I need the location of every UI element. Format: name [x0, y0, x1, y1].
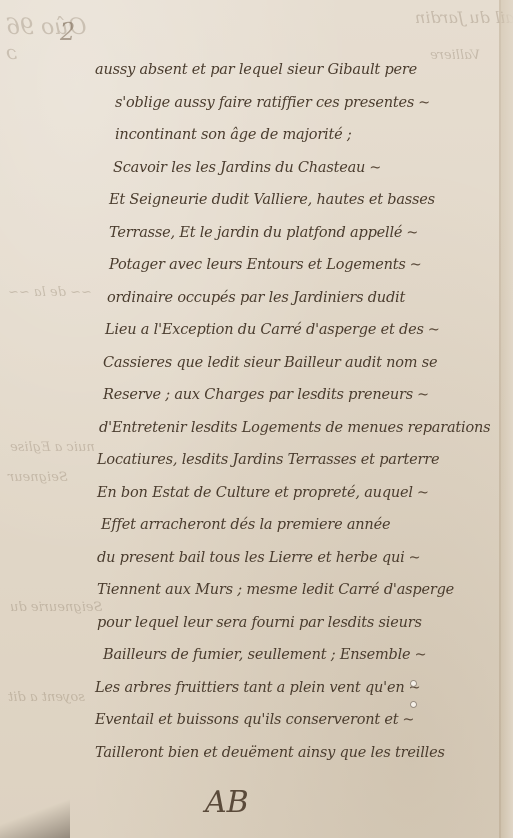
text-line: Tiennent aux Murs ; mesme ledit Carré d'…: [95, 574, 505, 607]
text-line: Effet arracheront dés la premiere année: [95, 509, 505, 542]
text-line: pour lequel leur sera fourni par lesdits…: [95, 607, 505, 640]
text-line: aussy absent et par lequel sieur Gibault…: [95, 54, 505, 87]
text-line: Et Seigneurie dudit Valliere, hautes et …: [95, 184, 505, 217]
signature-monogram: AB: [205, 785, 249, 820]
bleed-through-text: ~~ de la ~~: [8, 285, 92, 300]
manuscript-page: Oûo 96 ɔ Bail du Jardin Valliere ~~ de l…: [0, 0, 513, 838]
pin-holes: [410, 680, 418, 710]
paper-edge: [501, 0, 513, 838]
bleed-through-text: soyent a dit: [8, 690, 85, 705]
text-line: Potager avec leurs Entours et Logements~: [95, 249, 505, 282]
text-line: d'Entretenir lesdits Logements de menues…: [95, 412, 505, 445]
bleed-through-text: nuic a Eglise: [10, 440, 95, 455]
text-line: En bon Estat de Culture et propreté, auq…: [95, 477, 505, 510]
text-line: Eventail et buissons qu'ils conserveront…: [95, 704, 505, 737]
text-line: Scavoir les les Jardins du Chasteau~: [95, 152, 505, 185]
text-line: du present bail tous les Lierre et herbe…: [95, 542, 505, 575]
text-line: Locatiures, lesdits Jardins Terrasses et…: [95, 444, 505, 477]
text-line: incontinant son âge de majorité ;: [95, 119, 505, 152]
bleed-through-text: Seigneurie du: [10, 600, 102, 615]
bleed-through-text: Seigneur: [8, 470, 68, 485]
pin-hole-mark: [410, 701, 417, 708]
text-line: s'oblige aussy faire ratiffier ces prese…: [95, 87, 505, 120]
paper-corner-shadow: [0, 798, 70, 838]
text-line: Tailleront bien et deuëment ainsy que le…: [95, 737, 505, 770]
text-line: ordinaire occupés par les Jardiniers dud…: [95, 282, 505, 315]
text-line: Cassieres que ledit sieur Bailleur audit…: [95, 347, 505, 380]
text-line: Lieu a l'Exception du Carré d'asperge et…: [95, 314, 505, 347]
manuscript-text: aussy absent et par lequel sieur Gibault…: [95, 54, 505, 769]
bleed-through-text: ɔ: [6, 40, 17, 64]
text-line: Terrasse, Et le jardin du platfond appel…: [95, 217, 505, 250]
page-mark: 2: [60, 18, 75, 46]
text-line: Bailleurs de fumier, seullement ; Ensemb…: [95, 639, 505, 672]
text-line: Les arbres fruittiers tant a plein vent …: [95, 672, 505, 705]
pin-hole-mark: [410, 680, 417, 687]
text-line: Reserve ; aux Charges par lesdits preneu…: [95, 379, 505, 412]
